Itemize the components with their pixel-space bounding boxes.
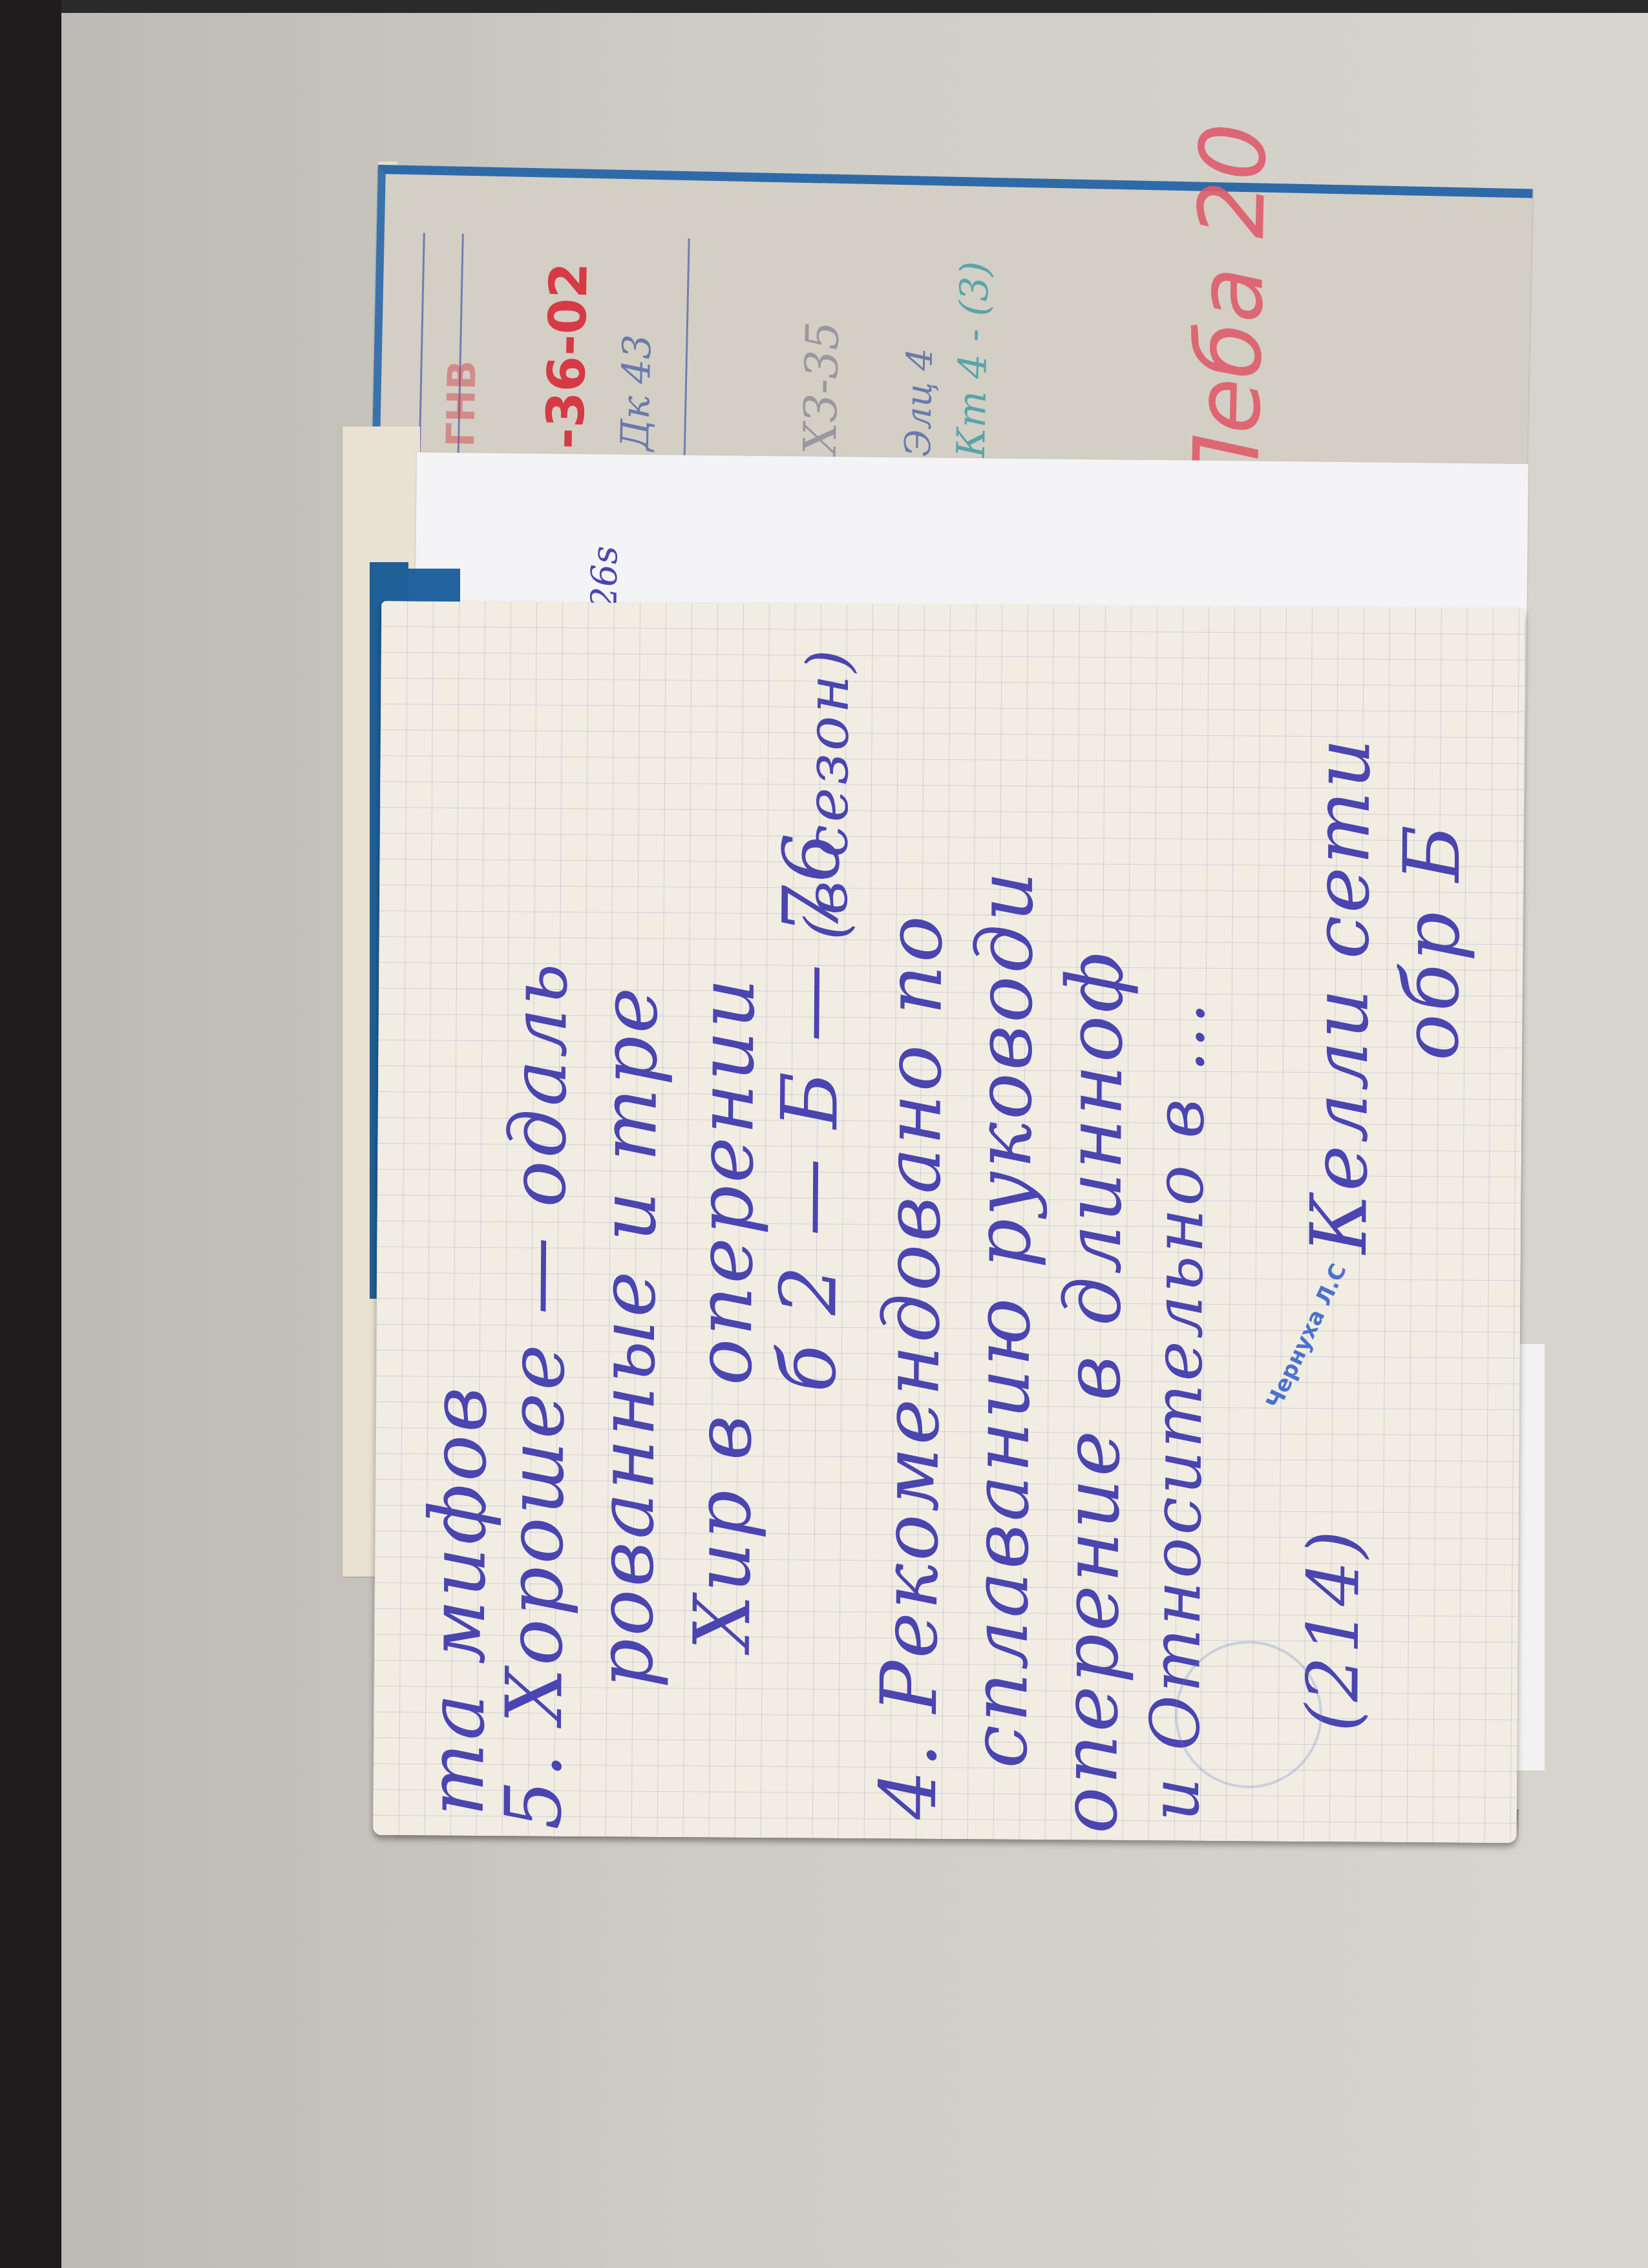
- cover-blue-code: Дк 43: [613, 334, 660, 451]
- cover-pencil-note: ХЗ-35: [794, 320, 849, 455]
- graph-paper-notepad: та мифов 5. Хорошее — одаль рованные и т…: [373, 601, 1525, 1843]
- handwriting-line: (в сезон): [792, 647, 862, 940]
- white-sheet-note: 26s: [583, 545, 625, 609]
- handwriting-line: Хир в оперении: [678, 976, 772, 1651]
- handwriting-line: Келли сети: [1294, 735, 1388, 1254]
- name-stamp: Чернуха Л.С: [1261, 1260, 1352, 1413]
- scan-border-left: [0, 0, 61, 2268]
- cover-red-large: Леба 20: [1174, 122, 1287, 503]
- handwriting-line: 5. Хорошее — одаль: [489, 960, 585, 1830]
- cover-red-number: -36-02: [535, 262, 599, 450]
- faint-stamp-circle: [1174, 1641, 1323, 1789]
- handwriting-line: 4. Рекомендовано по: [864, 913, 960, 1820]
- handwriting-line: оперение в длинноф: [1045, 949, 1141, 1834]
- handwriting-line: обр Б: [1386, 822, 1478, 1061]
- handwriting-line: рованные и тре: [580, 985, 675, 1688]
- scan-border-top: [0, 0, 1648, 13]
- handwriting-line: сплаванию руководи: [955, 869, 1051, 1769]
- cover-blue-note: Элц 4: [897, 348, 941, 457]
- cover-red-faint: ГНВ: [438, 360, 485, 448]
- cover-teal-note: Кт 4 - (3): [949, 261, 998, 458]
